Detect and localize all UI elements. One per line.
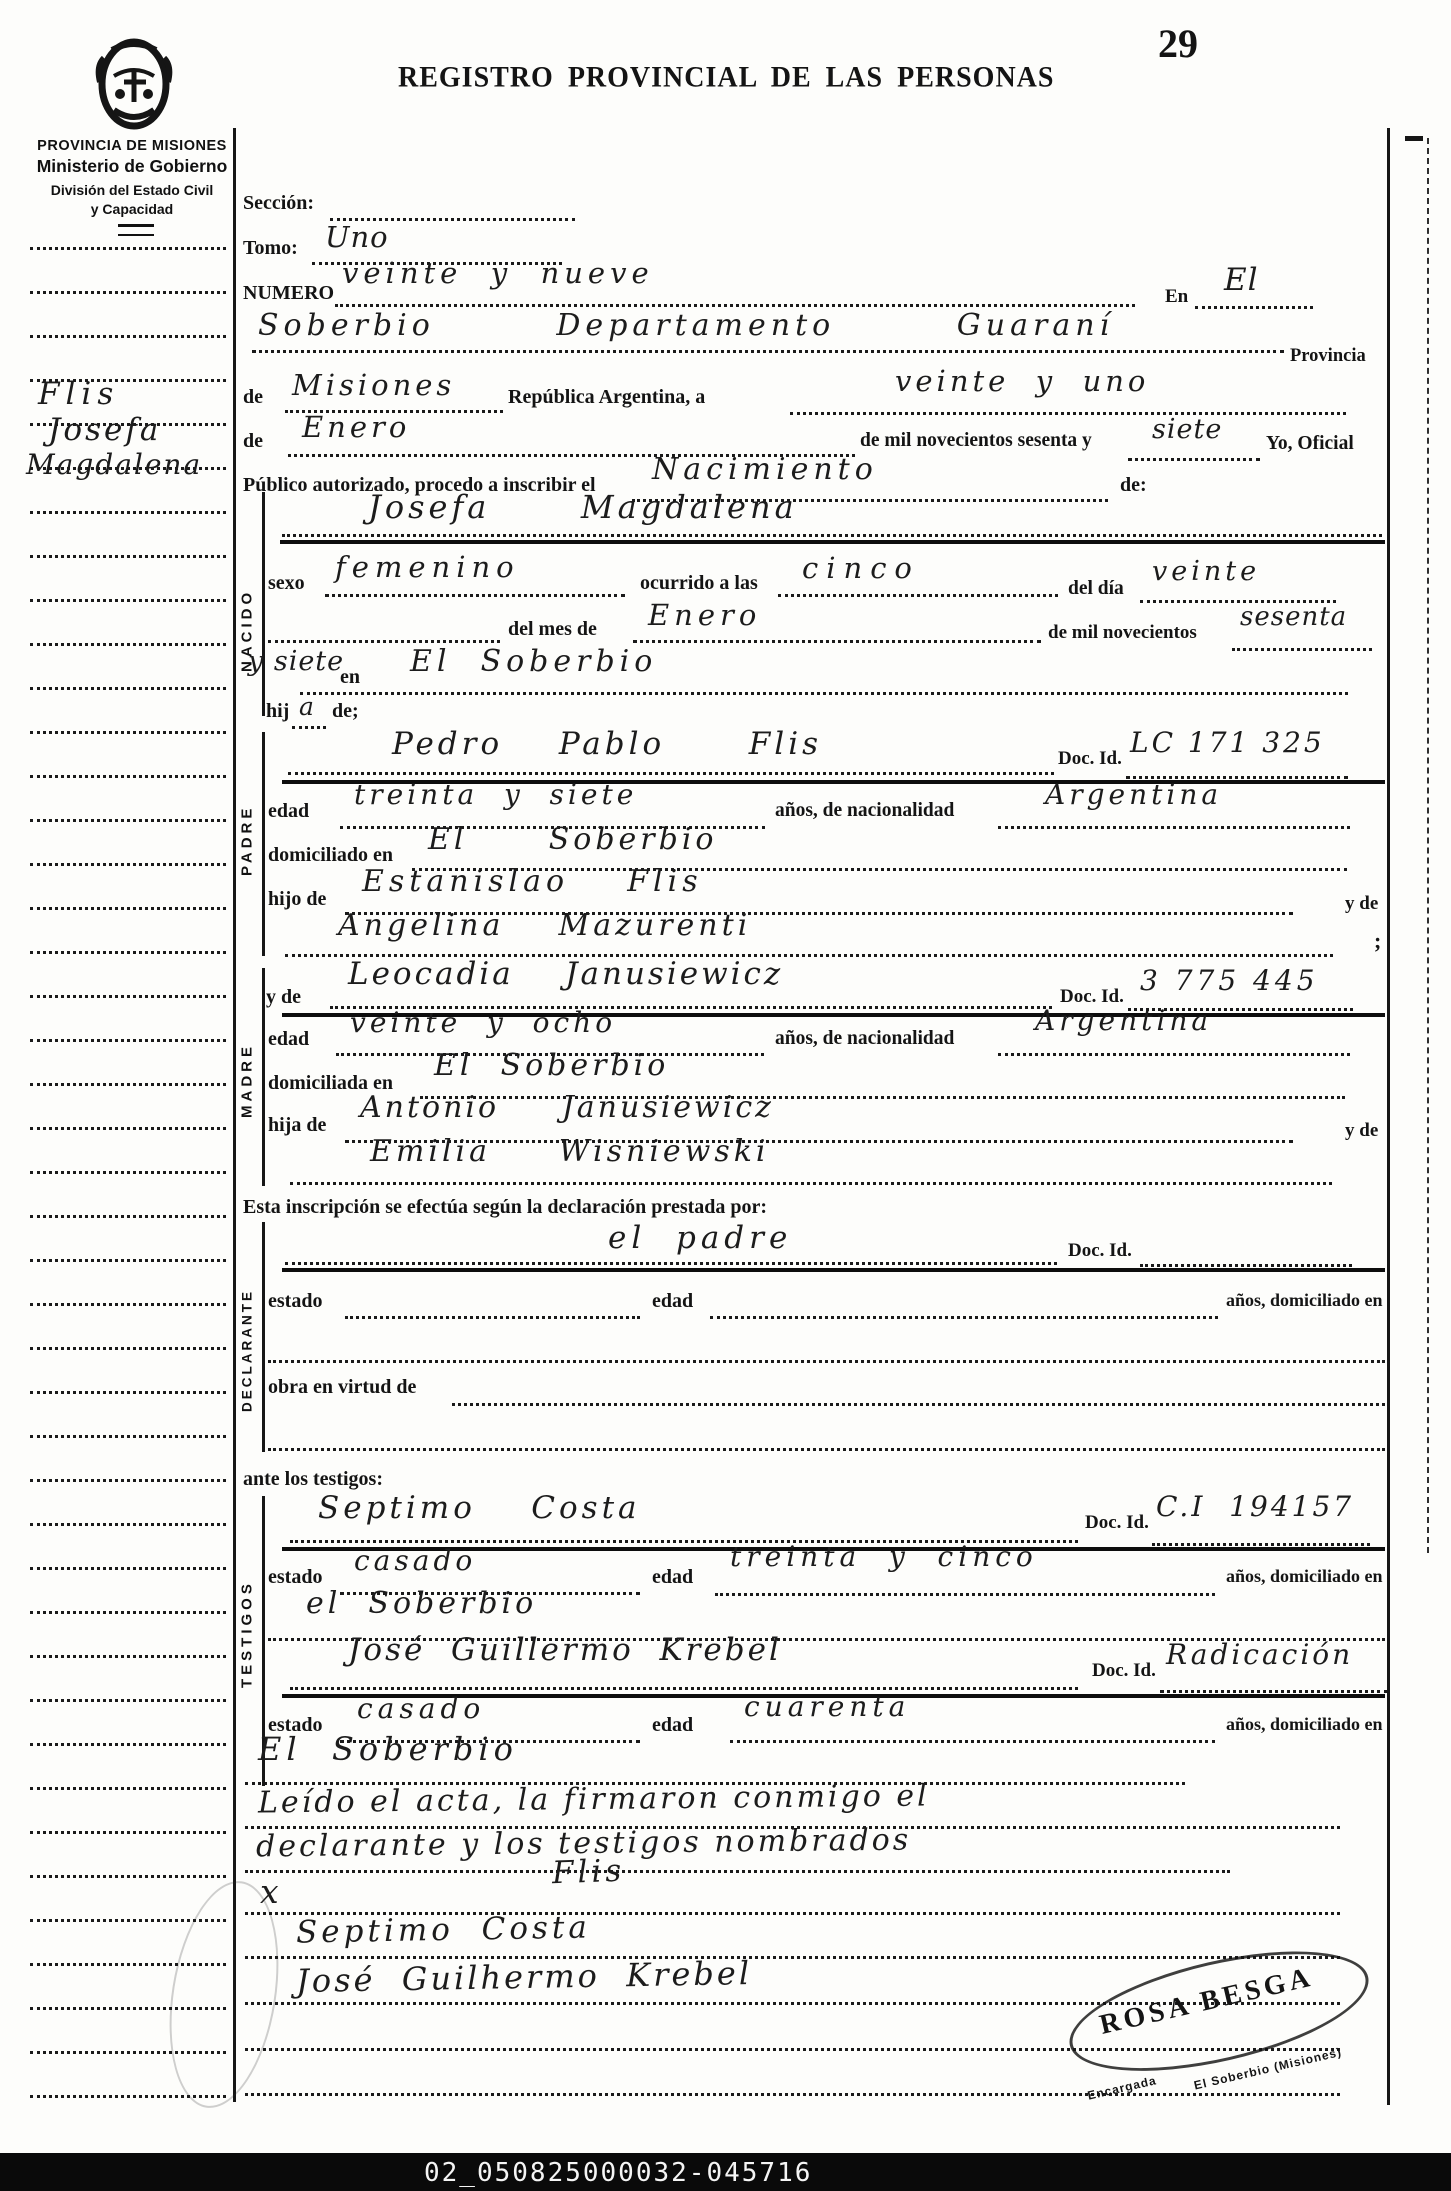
del-dia-label: del día xyxy=(1068,578,1124,600)
cierre-linea1: Leído el acta, la firmaron conmigo el xyxy=(258,1778,930,1820)
provincia-label: Provincia xyxy=(1290,346,1366,367)
margin-dotted-line xyxy=(30,819,226,822)
anio2-value: y siete xyxy=(248,646,344,677)
dotted-line xyxy=(300,692,1348,695)
dotted-line xyxy=(345,1316,640,1319)
margin-dotted-line xyxy=(30,863,226,866)
yo-oficial-label: Yo, Oficial xyxy=(1266,433,1354,455)
anos-nacionalidad-label-2: años, de nacionalidad xyxy=(775,1028,954,1050)
sexo-label: sexo xyxy=(268,572,305,595)
letterhead-division: División del Estado Civil xyxy=(34,182,230,198)
dotted-line xyxy=(633,640,1041,643)
testigo1-domicilio-value: el Soberbio xyxy=(306,1586,537,1621)
dotted-line xyxy=(335,304,1135,307)
section-padre-label: PADRE xyxy=(234,765,260,915)
right-dashed-line xyxy=(1427,138,1429,1553)
top-right-dash xyxy=(1405,136,1423,141)
edad-label-1: edad xyxy=(268,800,309,823)
y-de-label-3: y de xyxy=(1345,1120,1378,1142)
margin-dotted-line xyxy=(30,1831,226,1834)
testigo1-estado-value: casado xyxy=(354,1544,476,1577)
margin-first-name: Josefa xyxy=(48,412,161,448)
margin-dotted-line xyxy=(30,1699,226,1702)
dotted-line xyxy=(292,726,326,729)
margin-dotted-line xyxy=(30,291,226,294)
declarante-value: el padre xyxy=(608,1220,792,1256)
dotted-line xyxy=(715,1593,1215,1596)
edad-label-2: edad xyxy=(268,1028,309,1051)
margin-dotted-line xyxy=(30,1083,226,1086)
anos-domiciliado-label-2: años, domiciliado en xyxy=(1226,1566,1383,1587)
testigo2-domicilio-value: El Soberbio xyxy=(258,1730,518,1768)
margin-dotted-line xyxy=(30,1391,226,1394)
doc-id-label-4: Doc. Id. xyxy=(1085,1512,1149,1534)
margin-dotted-line xyxy=(30,1875,226,1878)
footer-scan-code: 02_050825000032-045716 xyxy=(424,2158,812,2188)
letterhead-ministry: Ministerio de Gobierno xyxy=(20,156,244,177)
margin-middle-name: Magdalena xyxy=(26,448,202,481)
margin-dotted-line xyxy=(30,1435,226,1438)
padre-edad-value: treinta y siete xyxy=(354,778,637,811)
margin-dotted-line xyxy=(30,1347,226,1350)
margin-dotted-line xyxy=(30,1655,226,1658)
letterhead-division2: y Capacidad xyxy=(34,201,230,217)
dotted-line xyxy=(790,412,1346,415)
numero-label: NUMERO xyxy=(243,282,334,305)
en-value: El xyxy=(1224,262,1259,298)
margin-dotted-line xyxy=(30,995,226,998)
testigo1-edad-value: treinta y cinco xyxy=(730,1540,1038,1573)
letterhead-rule xyxy=(118,224,154,236)
de-mil-novecientos-label: de mil novecientos xyxy=(1048,622,1197,644)
madre-domicilio-value: El Soberbio xyxy=(434,1048,669,1083)
section-nacido-label: NACIDO xyxy=(234,555,260,705)
tomo-label: Tomo: xyxy=(243,237,298,260)
section-declarante-label: DECLARANTE xyxy=(234,1262,260,1440)
de-label-1: de xyxy=(243,386,263,409)
dotted-line xyxy=(285,1262,1057,1265)
margin-dotted-line xyxy=(30,643,226,646)
section-rule-bar xyxy=(262,492,265,716)
padre-y-de-value: Angelina Mazurenti xyxy=(338,908,751,943)
de-colon-label: de: xyxy=(1120,474,1147,497)
seccion-label: Sección: xyxy=(243,192,314,215)
dotted-line xyxy=(710,1316,1218,1319)
margin-dotted-line xyxy=(30,687,226,690)
margin-dotted-line xyxy=(30,1259,226,1262)
sexo-value: femenino xyxy=(335,550,520,584)
section-madre-label: MADRE xyxy=(234,1008,260,1153)
dotted-line xyxy=(1160,1690,1388,1693)
section-rule-bar xyxy=(262,732,265,956)
numero-value: veinte y nueve xyxy=(342,256,654,290)
hijo-de-label: hijo de xyxy=(268,888,326,911)
dotted-line xyxy=(282,534,1382,537)
madre-nacionalidad-value: Argentina xyxy=(1035,1004,1212,1037)
madre-edad-value: veinte y ocho xyxy=(350,1006,616,1039)
lugar-value: Soberbio Departamento Guaraní xyxy=(258,308,1114,343)
margin-dotted-line xyxy=(30,1479,226,1482)
margin-dotted-line xyxy=(30,1039,226,1042)
margin-dotted-line xyxy=(30,1743,226,1746)
margin-surname: Flis xyxy=(38,376,119,412)
dotted-line xyxy=(778,594,1058,597)
semicolon-label: ; xyxy=(1374,928,1381,954)
margin-dotted-line xyxy=(30,555,226,558)
testigo1-nombre-value: Septimo Costa xyxy=(318,1490,641,1526)
edad-label-5: edad xyxy=(652,1714,693,1737)
margin-dotted-line xyxy=(30,951,226,954)
dotted-line xyxy=(288,772,1054,775)
margin-dotted-line xyxy=(30,1523,226,1526)
edad-label-3: edad xyxy=(652,1290,693,1313)
margin-dotted-line xyxy=(30,1611,226,1614)
testigo2-doc-value: Radicación xyxy=(1166,1638,1353,1671)
dotted-line xyxy=(730,1740,1215,1743)
dotted-line xyxy=(290,1687,1078,1690)
margin-dotted-line xyxy=(30,599,226,602)
firma-testigo2: José Guilhermo Krebel xyxy=(296,1954,753,2000)
hora-value: cinco xyxy=(802,551,920,585)
provincial-seal-icon xyxy=(90,36,178,136)
heavy-rule-line xyxy=(282,1268,1385,1272)
dotted-line xyxy=(998,1053,1350,1056)
declaracion-label: Esta inscripción se efectúa según la dec… xyxy=(243,1196,767,1219)
acto-value: Nacimiento xyxy=(652,452,878,487)
margin-dotted-line xyxy=(30,775,226,778)
margin-dotted-line xyxy=(30,1303,226,1306)
margin-dotted-line xyxy=(30,335,226,338)
padre-hijo-de-value: Estanislao Flis xyxy=(362,864,703,899)
estado-label-1: estado xyxy=(268,1290,322,1313)
firma-declarante: Flis xyxy=(551,1853,625,1892)
doc-id-label-5: Doc. Id. xyxy=(1092,1660,1156,1682)
dotted-line xyxy=(1140,1264,1352,1267)
en2-label: en xyxy=(340,666,360,689)
mil-novecientos-label: de mil novecientos sesenta y xyxy=(860,430,1092,452)
margin-dotted-line xyxy=(30,1215,226,1218)
dotted-line xyxy=(252,350,1284,353)
hij-label: hij xyxy=(266,700,289,723)
de-label-2: de xyxy=(243,430,263,453)
dia-value: veinte xyxy=(1152,556,1260,587)
madre-y-de-value: Emilia Wisniewski xyxy=(370,1134,770,1169)
dotted-line xyxy=(1232,648,1372,651)
margin-dotted-line xyxy=(30,907,226,910)
padre-doc-value: LC 171 325 xyxy=(1130,726,1325,759)
margin-dotted-line xyxy=(30,1787,226,1790)
madre-doc-value: 3 775 445 xyxy=(1140,964,1319,997)
margin-dotted-line xyxy=(30,247,226,250)
testigo2-nombre-value: José Guillermo Krebel xyxy=(348,1632,782,1668)
madre-hija-de-value: Antonio Janusiewicz xyxy=(360,1090,774,1125)
testigo1-doc-value: C.I 194157 xyxy=(1156,1490,1354,1523)
doc-id-label-3: Doc. Id. xyxy=(1068,1240,1132,1262)
dotted-line xyxy=(268,1360,1385,1363)
birth-certificate-page: 29 PROVINCIA DE MISIONES Ministerio de G… xyxy=(0,0,1451,2191)
de-semi-label: de; xyxy=(332,700,359,723)
margin-dotted-line xyxy=(30,731,226,734)
anio-acta-value: siete xyxy=(1152,414,1222,445)
mes-value: Enero xyxy=(648,598,761,632)
hija-de-label: hija de xyxy=(268,1114,326,1137)
anos-domiciliado-label-3: años, domiciliado en xyxy=(1226,1714,1383,1735)
en-label: En xyxy=(1165,286,1188,308)
page-number: 29 xyxy=(1158,20,1198,67)
lugar-nacimiento-value: El Soberbio xyxy=(410,644,657,679)
dotted-line xyxy=(268,1448,1385,1451)
y-de-label-1: y de xyxy=(1345,893,1378,915)
dotted-line xyxy=(1152,1543,1370,1546)
del-mes-label: del mes de xyxy=(508,618,597,641)
dotted-line xyxy=(290,1182,1332,1185)
dotted-line xyxy=(268,640,500,643)
hij-gender-value: a xyxy=(299,692,315,721)
section-rule-bar xyxy=(1387,128,1390,2105)
dotted-line xyxy=(325,594,625,597)
madre-nombre-value: Leocadia Janusiewicz xyxy=(348,956,783,992)
ante-testigos-label: ante los testigos: xyxy=(243,1468,383,1491)
testigo2-estado-value: casado xyxy=(357,1692,485,1725)
ocurrido-label: ocurrido a las xyxy=(640,572,758,595)
doc-id-label-1: Doc. Id. xyxy=(1058,748,1122,770)
dotted-line xyxy=(1128,458,1260,461)
section-testigos-label: TESTIGOS xyxy=(234,1552,260,1717)
section-rule-bar xyxy=(262,1222,265,1452)
edad-label-4: edad xyxy=(652,1566,693,1589)
y-de-label-2: y de xyxy=(266,986,301,1009)
dotted-line xyxy=(245,1870,1230,1873)
dotted-line xyxy=(998,826,1350,829)
mes-acta-value: Enero xyxy=(302,410,410,444)
stamp-role: Encargada xyxy=(1086,2073,1158,2102)
anio1-value: sesenta xyxy=(1240,602,1347,632)
section-rule-bar xyxy=(262,968,265,1186)
margin-dotted-line xyxy=(30,1567,226,1570)
margin-dotted-line xyxy=(30,1171,226,1174)
margin-dotted-line xyxy=(30,511,226,514)
obra-label: obra en virtud de xyxy=(268,1376,416,1399)
testigo2-edad-value: cuarenta xyxy=(744,1690,910,1723)
dotted-line xyxy=(452,1403,1385,1406)
tomo-value: Uno xyxy=(325,220,389,254)
republica-label: República Argentina, a xyxy=(508,386,705,409)
dia-acta-value: veinte y uno xyxy=(895,364,1149,398)
heavy-rule-line xyxy=(280,540,1385,544)
inscripto-name: Josefa Magdalena xyxy=(368,488,798,526)
provincia-value: Misiones xyxy=(292,368,455,402)
margin-dotted-line xyxy=(30,1127,226,1130)
padre-domicilio-value: El Soberbio xyxy=(428,822,717,857)
dotted-line xyxy=(1195,306,1313,309)
form-title: REGISTRO PROVINCIAL DE LAS PERSONAS xyxy=(398,61,1054,95)
letterhead-province: PROVINCIA DE MISIONES xyxy=(28,138,236,154)
padre-nombre-value: Pedro Pablo Flis xyxy=(392,726,822,762)
padre-nacionalidad-value: Argentina xyxy=(1045,778,1222,811)
anos-nacionalidad-label-1: años, de nacionalidad xyxy=(775,800,954,822)
anos-domiciliado-label-1: años, domiciliado en xyxy=(1226,1290,1383,1311)
firma-testigo1: Septimo Costa xyxy=(296,1909,591,1950)
